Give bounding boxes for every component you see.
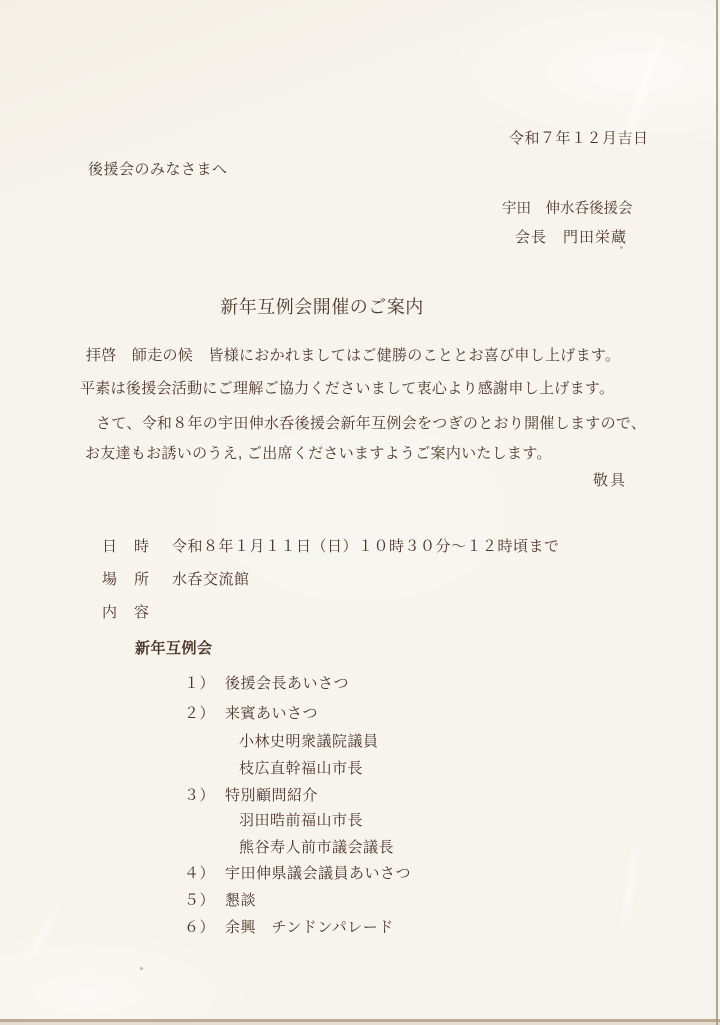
program-text: 特別顧問紹介 (225, 787, 318, 804)
salutation: 後援会のみなさまへ (88, 158, 228, 179)
sender-chief: 会長 門田栄蔵 (515, 226, 627, 247)
program-text: 懇談 (225, 892, 256, 909)
issue-date: 令和７年１２月吉日 (509, 127, 649, 148)
program-text: 余興 チンドンパレード (225, 919, 394, 936)
greeting-line: お友達もお誘いのうえ, ご出席くださいますようご案内いたします。 (85, 442, 552, 463)
program-number: ４） (184, 862, 225, 883)
detail-label: 場 所 (102, 568, 172, 589)
scan-streak-artifact (23, 904, 61, 967)
program-row-guest: 小林史明衆議院議員 (239, 730, 379, 751)
program-row: ２）来賓あいさつ (184, 702, 318, 723)
scan-speck-artifact (140, 967, 143, 970)
program-text: 後援会長あいさつ (225, 675, 349, 692)
greeting-line: 平素は後援会活動にご理解ご協力くださいまして衷心より感謝申し上げます。 (80, 377, 614, 398)
program-row: ６）余興 チンドンパレード (184, 916, 394, 937)
program-number: １） (184, 672, 225, 693)
greeting-line: 拝啓 師走の候 皆様におかれましてはご健勝のこととお喜び申し上げます。 (86, 344, 620, 365)
program-number: ６） (184, 916, 225, 937)
scanned-letter-page: { "doc": { "issue_date": "令和７年１２月吉日", "s… (0, 0, 720, 1025)
scan-edge-right (716, 0, 718, 1025)
sender-org: 宇田 伸水呑後援会 (502, 197, 633, 218)
program-number: ３） (184, 784, 225, 805)
scan-speck-artifact (620, 246, 623, 249)
closing-word: 敬具 (593, 469, 627, 490)
program-row: １）後援会長あいさつ (184, 672, 349, 693)
program-text: 小林史明衆議院議員 (239, 733, 379, 750)
program-row-guest: 羽田晧前福山市長 (239, 809, 363, 830)
program-number: ２） (184, 702, 225, 723)
program-text: 枝広直幹福山市長 (239, 760, 363, 777)
program-row-guest: 枝広直幹福山市長 (239, 757, 363, 778)
detail-label: 日 時 (102, 535, 172, 556)
program-text: 来賓あいさつ (225, 705, 318, 722)
scan-edge-bottom (0, 1019, 720, 1022)
program-heading: 新年互例会 (135, 637, 213, 658)
program-row: ４）宇田伸県議会議員あいさつ (184, 862, 411, 883)
detail-value: 水呑交流館 (172, 571, 250, 588)
detail-row-datetime: 日 時令和８年１月１１日（日）１０時３０分～１２時頃まで (102, 535, 560, 556)
document-title: 新年互例会開催のご案内 (0, 293, 644, 319)
detail-row-content: 内 容 (102, 601, 172, 622)
program-text: 宇田伸県議会議員あいさつ (225, 865, 411, 882)
detail-value: 令和８年１月１１日（日）１０時３０分～１２時頃まで (172, 538, 560, 555)
program-text: 羽田晧前福山市長 (239, 812, 363, 829)
detail-label: 内 容 (102, 601, 172, 622)
program-number: ５） (184, 889, 225, 910)
program-row: ５）懇談 (184, 889, 256, 910)
program-text: 熊谷寿人前市議会議長 (239, 839, 394, 856)
program-row-guest: 熊谷寿人前市議会議長 (239, 836, 394, 857)
program-row: ３）特別顧問紹介 (184, 784, 318, 805)
detail-row-place: 場 所水呑交流館 (102, 568, 250, 589)
scan-streak-artifact (622, 840, 639, 930)
greeting-line: さて、令和８年の宇田伸水呑後援会新年互例会をつぎのとおり開催しますので、 (96, 412, 646, 433)
